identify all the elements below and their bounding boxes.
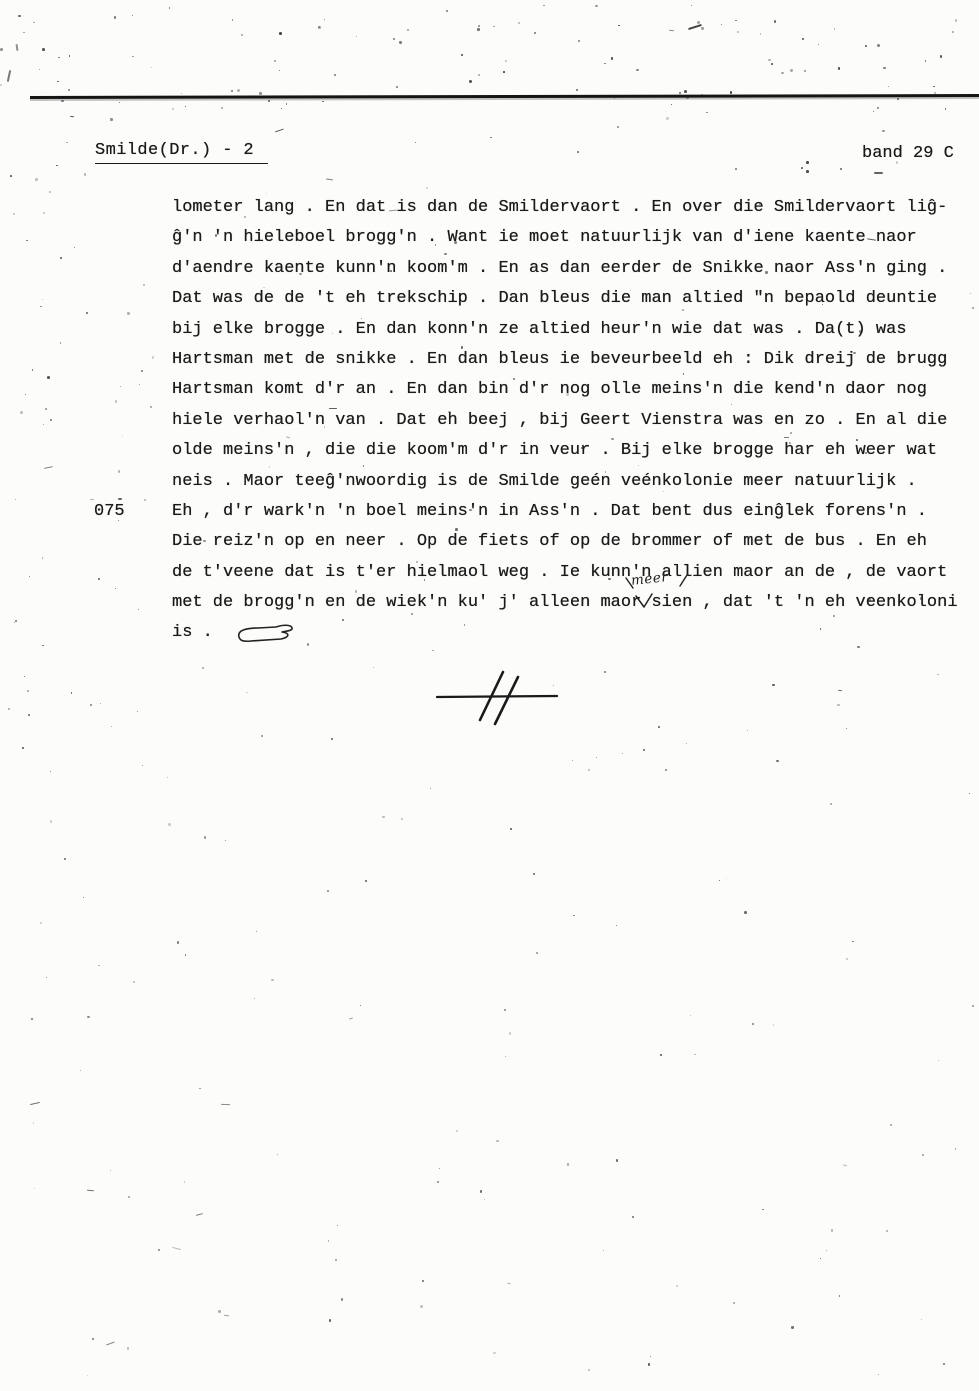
noise-speck	[151, 67, 152, 68]
noise-speck	[13, 213, 15, 215]
noise-speck	[50, 771, 51, 772]
noise-speck	[955, 1148, 956, 1149]
noise-speck	[874, 172, 883, 174]
noise-speck	[543, 5, 545, 7]
noise-speck	[120, 386, 121, 387]
noise-speck	[254, 998, 255, 999]
noise-speck	[469, 80, 472, 83]
noise-speck	[42, 645, 44, 647]
noise-speck	[840, 168, 842, 170]
noise-speck	[826, 1250, 827, 1251]
noise-speck	[831, 1229, 834, 1232]
noise-speck	[221, 107, 223, 109]
noise-speck	[83, 897, 84, 898]
noise-speck	[177, 941, 180, 944]
noise-speck	[852, 941, 854, 943]
noise-speck	[578, 40, 580, 42]
band-label: band 29 C	[862, 144, 954, 163]
noise-speck	[846, 728, 847, 729]
noise-speck	[588, 769, 590, 771]
noise-speck	[572, 760, 573, 761]
noise-speck	[42, 557, 44, 559]
noise-speck	[169, 7, 171, 9]
transcript-text: lometer lang . En dat is dan de Smilderv…	[172, 193, 972, 649]
noise-speck	[733, 1302, 735, 1304]
noise-speck	[886, 1230, 888, 1232]
noise-speck	[341, 1298, 343, 1300]
noise-speck	[221, 1104, 230, 1106]
noise-speck	[791, 1326, 794, 1329]
noise-speck	[274, 60, 276, 62]
noise-speck	[49, 191, 51, 193]
noise-speck	[660, 1054, 662, 1056]
noise-speck	[127, 312, 129, 314]
noise-speck	[57, 81, 58, 82]
noise-speck	[588, 1369, 590, 1371]
noise-speck	[846, 958, 848, 960]
noise-speck	[396, 86, 398, 88]
noise-speck	[277, 1154, 278, 1155]
noise-speck	[744, 911, 747, 914]
noise-speck	[493, 26, 495, 28]
noise-speck	[172, 108, 174, 110]
noise-speck	[90, 704, 92, 706]
noise-speck	[873, 111, 874, 112]
noise-speck	[58, 57, 59, 58]
text-line: d'aendre kaente kunn'n koom'm . En as da…	[172, 254, 972, 284]
noise-speck	[604, 671, 606, 673]
noise-speck	[199, 1088, 201, 1090]
noise-speck	[611, 57, 613, 59]
noise-speck	[69, 55, 71, 57]
noise-speck	[806, 161, 809, 164]
noise-speck	[356, 36, 357, 37]
noise-speck	[890, 1124, 892, 1126]
noise-speck	[632, 1216, 634, 1218]
noise-speck	[509, 1032, 512, 1035]
noise-speck	[158, 1249, 160, 1251]
noise-speck	[26, 240, 28, 242]
noise-speck	[771, 63, 773, 65]
noise-speck	[719, 880, 720, 881]
noise-speck	[697, 21, 700, 24]
noise-speck	[231, 90, 232, 91]
noise-speck	[694, 1054, 695, 1055]
noise-speck	[721, 24, 722, 25]
noise-speck	[110, 1170, 111, 1171]
noise-speck	[246, 692, 248, 694]
noise-speck	[133, 981, 135, 983]
noise-speck	[735, 168, 737, 170]
noise-speck	[70, 116, 74, 118]
noise-speck	[46, 977, 47, 978]
noise-speck	[132, 56, 134, 58]
noise-speck	[8, 708, 10, 710]
noise-speck	[843, 1165, 848, 1168]
noise-speck	[139, 384, 140, 385]
noise-speck	[286, 103, 287, 104]
noise-speck	[534, 32, 536, 34]
noise-speck	[128, 1196, 130, 1198]
noise-speck	[955, 19, 958, 22]
noise-speck	[118, 470, 121, 473]
noise-speck	[686, 743, 688, 745]
noise-speck	[477, 28, 480, 31]
text-line: bij elke brogge . En dan konn'n ze altie…	[172, 315, 972, 345]
noise-speck	[115, 588, 116, 589]
noise-speck	[7, 70, 11, 82]
noise-speck	[68, 89, 70, 91]
noise-speck	[636, 69, 638, 71]
noise-speck	[790, 69, 792, 71]
noise-speck	[493, 1352, 496, 1355]
noise-speck	[478, 74, 480, 76]
noise-speck	[50, 419, 52, 421]
noise-speck	[119, 102, 120, 103]
noise-speck	[735, 20, 737, 22]
noise-speck	[877, 44, 880, 47]
noise-speck	[150, 406, 152, 408]
noise-speck	[31, 1018, 33, 1020]
noise-speck	[726, 878, 727, 879]
noise-speck	[830, 803, 832, 805]
noise-speck	[804, 70, 806, 72]
noise-speck	[490, 137, 492, 139]
noise-speck	[373, 667, 374, 668]
noise-speck	[505, 60, 507, 62]
noise-speck	[15, 499, 16, 500]
noise-speck	[232, 19, 233, 20]
noise-speck	[762, 1209, 763, 1210]
noise-speck	[143, 284, 145, 286]
noise-speck	[281, 108, 282, 109]
noise-speck	[878, 1374, 879, 1375]
noise-speck	[776, 760, 778, 762]
noise-speck	[241, 34, 243, 36]
noise-speck	[818, 44, 819, 45]
noise-speck	[595, 5, 597, 7]
noise-speck	[100, 703, 101, 704]
noise-speck	[972, 1005, 974, 1007]
noise-speck	[331, 738, 333, 740]
noise-speck	[14, 622, 15, 623]
noise-speck	[518, 22, 520, 24]
noise-speck	[71, 692, 73, 694]
noise-speck	[415, 142, 416, 143]
noise-speck	[834, 28, 836, 30]
noise-speck	[877, 107, 879, 109]
noise-speck	[114, 16, 116, 18]
noise-speck	[225, 840, 226, 841]
noise-speck	[507, 1283, 511, 1285]
noise-speck	[604, 63, 605, 64]
noise-speck	[671, 104, 672, 105]
noise-speck	[185, 106, 186, 107]
noise-speck	[422, 1280, 425, 1283]
noise-speck	[420, 1305, 423, 1308]
noise-speck	[665, 769, 667, 771]
noise-speck	[505, 1056, 506, 1057]
noise-speck	[110, 118, 113, 121]
text-line: hiele verhaol'n van . Dat eh beej , bij …	[172, 406, 972, 436]
noise-speck	[29, 576, 30, 577]
end-of-text-mark-icon	[430, 650, 580, 740]
text-line: olde meins'n , die die koom'm d'r in veu…	[172, 436, 972, 466]
noise-speck	[938, 1060, 939, 1061]
noise-speck	[144, 499, 146, 501]
noise-speck	[47, 376, 50, 379]
noise-speck	[676, 1285, 678, 1287]
noise-speck	[271, 979, 274, 982]
noise-speck	[837, 704, 839, 706]
noise-speck	[504, 1009, 506, 1011]
noise-speck	[688, 24, 702, 30]
noise-speck	[141, 370, 143, 372]
noise-speck	[801, 167, 803, 169]
noise-speck	[256, 931, 257, 932]
text-line: neis . Maor teeĝ'nwoordig is de Smilde g…	[172, 467, 972, 497]
noise-speck	[56, 165, 58, 167]
noise-speck	[577, 151, 579, 153]
noise-speck	[461, 54, 463, 56]
text-line: met de brogg'n en de wiek'n ku' j' allee…	[172, 588, 972, 618]
noise-speck	[98, 965, 99, 966]
noise-speck	[940, 55, 943, 58]
noise-speck	[820, 1258, 821, 1259]
noise-speck	[84, 173, 86, 175]
noise-speck	[773, 1024, 775, 1026]
noise-speck	[42, 299, 43, 300]
text-line: lometer lang . En dat is dan de Smilderv…	[172, 193, 972, 223]
noise-speck	[30, 1102, 40, 1105]
noise-speck	[888, 86, 889, 87]
noise-speck	[15, 620, 17, 622]
noise-speck	[43, 212, 45, 214]
noise-speck	[279, 32, 282, 35]
noise-speck	[573, 915, 575, 917]
noise-speck	[838, 67, 841, 70]
text-line: Hartsman komt d'r an . En dan bin d'r no…	[172, 375, 972, 405]
noise-speck	[806, 170, 809, 173]
text-line: Die reiz'n op en neer . Op de fiets of o…	[172, 527, 972, 557]
text-line: Eh , d'r wark'n 'n boel meins'n in Ass'n…	[172, 497, 972, 527]
noise-speck	[181, 93, 182, 94]
page-title: Smilde(Dr.) - 2	[95, 141, 268, 164]
noise-speck	[752, 1023, 754, 1025]
handwritten-insertion: meer	[618, 570, 698, 610]
noise-speck	[167, 777, 168, 778]
noise-speck	[691, 5, 692, 6]
noise-speck	[781, 72, 784, 75]
noise-speck	[60, 257, 61, 258]
noise-speck	[318, 26, 320, 28]
noise-speck	[34, 1188, 35, 1189]
noise-speck	[137, 711, 138, 712]
noise-speck	[22, 747, 24, 749]
noise-speck	[510, 828, 512, 830]
noise-speck	[33, 1122, 34, 1123]
noise-speck	[327, 890, 329, 892]
noise-speck	[237, 89, 240, 92]
noise-speck	[87, 1375, 88, 1376]
noise-speck	[25, 394, 26, 395]
noise-speck	[616, 925, 617, 926]
noise-speck	[28, 714, 30, 716]
noise-speck	[772, 684, 775, 687]
noise-speck	[407, 29, 409, 31]
noise-speck	[33, 22, 34, 23]
noise-speck	[196, 1213, 203, 1216]
noise-speck	[618, 25, 620, 27]
text-line: Hartsman met de snikke . En dan bleus ie…	[172, 345, 972, 375]
noise-speck	[32, 369, 34, 371]
noise-speck	[882, 130, 884, 132]
noise-speck	[218, 1310, 221, 1313]
noise-speck	[0, 48, 3, 51]
noise-speck	[27, 690, 30, 693]
noise-speck	[401, 818, 403, 820]
noise-speck	[484, 1199, 485, 1200]
noise-speck	[747, 730, 748, 731]
noise-speck	[87, 1016, 89, 1018]
noise-speck	[35, 178, 38, 181]
noise-speck	[111, 726, 112, 727]
noise-speck	[730, 91, 733, 94]
noise-speck	[322, 101, 324, 103]
noise-speck	[60, 342, 62, 344]
noise-speck	[897, 98, 899, 100]
noise-speck	[23, 32, 24, 33]
noise-speck	[74, 247, 75, 248]
noise-speck	[576, 89, 578, 91]
margin-counter: 075	[94, 497, 125, 527]
noise-speck	[115, 400, 118, 403]
noise-speck	[603, 1250, 604, 1251]
text-line: Dat was de de 't eh trekschip . Dan bleu…	[172, 284, 972, 314]
noise-speck	[616, 1159, 618, 1161]
noise-speck	[622, 753, 623, 754]
noise-speck	[596, 757, 598, 759]
noise-speck	[202, 667, 204, 669]
noise-speck	[92, 1338, 94, 1340]
noise-speck	[969, 793, 970, 794]
noise-speck	[80, 1070, 81, 1071]
noise-speck	[39, 69, 40, 70]
noise-speck	[690, 1015, 691, 1016]
noise-speck	[185, 954, 186, 955]
noise-speck	[268, 100, 270, 102]
noise-speck	[925, 60, 926, 61]
noise-speck	[122, 435, 123, 436]
noise-speck	[393, 38, 395, 40]
noise-speck	[648, 1363, 651, 1366]
noise-speck	[706, 112, 708, 114]
noise-speck	[768, 59, 771, 62]
noise-speck	[87, 1190, 94, 1192]
noise-speck	[0, 84, 2, 86]
noise-speck	[437, 1181, 439, 1183]
scanned-page: Smilde(Dr.) - 2 band 29 C 075 lometer la…	[0, 0, 979, 1391]
noise-speck	[952, 31, 954, 33]
noise-speck	[774, 20, 776, 22]
noise-speck	[365, 880, 367, 882]
noise-speck	[50, 820, 52, 822]
noise-speck	[24, 676, 26, 678]
noise-speck	[480, 1190, 483, 1193]
noise-speck	[324, 19, 325, 20]
noise-speck	[18, 15, 20, 17]
noise-speck	[669, 29, 674, 31]
noise-speck	[184, 1181, 186, 1183]
noise-speck	[86, 312, 89, 315]
noise-speck	[142, 765, 143, 766]
noise-speck	[937, 674, 938, 675]
noise-speck	[446, 10, 448, 12]
noise-speck	[45, 408, 47, 410]
noise-speck	[943, 1363, 945, 1365]
noise-speck	[132, 15, 133, 16]
noise-speck	[666, 117, 668, 119]
noise-speck	[399, 41, 402, 44]
noise-speck	[430, 788, 431, 789]
noise-speck	[337, 1225, 338, 1226]
noise-speck	[318, 26, 321, 29]
noise-speck	[496, 1140, 498, 1142]
noise-speck	[533, 873, 535, 875]
text-line: ĝ'n 'n hieleboel brogg'n . Want ie moet …	[172, 223, 972, 253]
noise-speck	[883, 67, 886, 70]
noise-speck	[326, 179, 333, 181]
noise-speck	[503, 71, 505, 73]
noise-speck	[40, 306, 42, 308]
noise-speck	[328, 1240, 330, 1242]
noise-speck	[650, 1356, 651, 1357]
noise-speck	[382, 816, 384, 818]
noise-speck	[643, 749, 646, 752]
scan-edge-line	[30, 94, 979, 99]
noise-speck	[261, 735, 263, 737]
noise-speck	[701, 27, 703, 29]
noise-speck	[360, 1005, 361, 1006]
noise-speck	[10, 175, 12, 177]
text-line: de t'veene dat is t'er hielmaol weg . Ie…	[172, 558, 972, 588]
noise-speck	[658, 726, 660, 728]
noise-speck	[684, 90, 687, 93]
noise-speck	[839, 1295, 841, 1297]
noise-speck	[106, 1342, 115, 1346]
noise-speck	[617, 126, 619, 128]
noise-speck	[204, 836, 207, 839]
noise-speck	[679, 92, 680, 93]
noise-speck	[933, 86, 935, 88]
noise-speck	[20, 411, 23, 414]
noise-speck	[64, 858, 66, 860]
noise-speck	[838, 690, 842, 692]
noise-speck	[43, 424, 44, 425]
noise-speck	[349, 1018, 353, 1020]
noise-speck	[802, 38, 804, 40]
noise-speck	[66, 142, 68, 144]
noise-speck	[335, 1259, 337, 1261]
noise-speck	[168, 823, 171, 826]
noise-speck	[127, 1347, 129, 1349]
noise-speck	[172, 1247, 181, 1251]
noise-speck	[44, 467, 53, 470]
noise-speck	[439, 1168, 440, 1169]
noise-speck	[922, 1154, 924, 1156]
noise-speck	[329, 1319, 332, 1322]
noise-speck	[279, 70, 280, 71]
